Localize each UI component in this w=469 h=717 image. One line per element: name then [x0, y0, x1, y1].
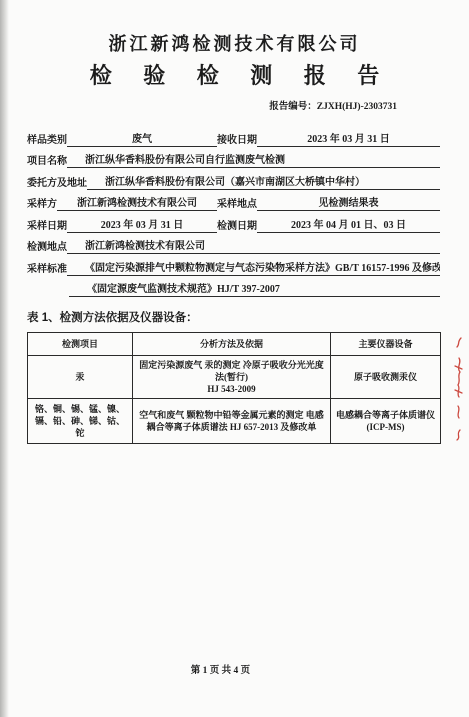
field-value: 浙江新鸿检测技术有限公司 — [67, 237, 440, 254]
field-label: 项目名称 — [27, 152, 67, 168]
field-value: 浙江纵华香料股份有限公司（嘉兴市南湖区大桥镇中华村） — [87, 173, 440, 190]
field-label: 委托方及地址 — [27, 174, 87, 190]
table-header-item: 检测项目 — [28, 333, 133, 356]
field-value: 《固定源废气监测技术规范》HJ/T 397-2007 — [69, 280, 440, 297]
field-row-test-location: 检测地点 浙江新鸿检测技术有限公司 — [27, 233, 440, 255]
methods-table: 检测项目 分析方法及依据 主要仪器设备 汞 固定污染源废气 汞的测定 冷原子吸收… — [27, 332, 441, 444]
field-label: 采样方 — [27, 195, 57, 211]
cell-instrument: 原子吸收测汞仪 — [331, 356, 441, 399]
field-value: 废气 — [67, 130, 217, 147]
field-row-sampling-date: 采样日期 2023 年 03 月 31 日 检测日期 2023 年 04 月 0… — [27, 211, 440, 233]
table-header-row: 检测项目 分析方法及依据 主要仪器设备 — [28, 333, 441, 356]
report-title: 检 验 检 测 报 告 — [0, 59, 469, 90]
table-row: 铬、铜、锡、锰、镍、镉、铅、砷、锑、钴、铊 空气和废气 颗粒物中铅等金属元素的测… — [28, 399, 441, 444]
cell-item: 汞 — [28, 356, 133, 399]
field-row-client-address: 委托方及地址 浙江纵华香料股份有限公司（嘉兴市南湖区大桥镇中华村） — [27, 168, 440, 190]
field-label: 采样地点 — [217, 195, 257, 211]
method-line-1: 固定污染源废气 汞的测定 冷原子吸收分光光度法(暂行) — [138, 359, 325, 383]
cell-item: 铬、铜、锡、锰、镍、镉、铅、砷、锑、钴、铊 — [28, 399, 133, 444]
scan-edge-shadow — [0, 0, 9, 717]
field-value: 2023 年 04 月 01 日、03 日 — [257, 216, 440, 233]
field-label: 采样标准 — [27, 260, 67, 276]
cell-method: 空气和废气 颗粒物中铅等金属元素的测定 电感耦合等离子体质谱法 HJ 657-2… — [133, 399, 331, 444]
field-row-sampler: 采样方 浙江新鸿检测技术有限公司 采样地点 见检测结果表 — [27, 190, 440, 212]
cell-method: 固定污染源废气 汞的测定 冷原子吸收分光光度法(暂行) HJ 543-2009 — [133, 356, 331, 399]
field-value: 2023 年 03 月 31 日 — [257, 130, 440, 147]
field-row-sampling-standard: 采样标准 《固定污染源排气中颗粒物测定与气态污染物采样方法》GB/T 16157… — [27, 254, 440, 276]
red-handwriting-mark — [451, 336, 465, 447]
table-header-method: 分析方法及依据 — [133, 333, 331, 356]
cell-instrument: 电感耦合等离子体质谱仪(ICP-MS) — [331, 399, 441, 444]
field-row-sampling-standard-2: 《固定源废气监测技术规范》HJ/T 397-2007 — [27, 276, 440, 298]
header-fields: 样品类别 废气 接收日期 2023 年 03 月 31 日 项目名称 浙江纵华香… — [27, 125, 440, 297]
field-label: 检测地点 — [27, 238, 67, 254]
field-value: 2023 年 03 月 31 日 — [67, 216, 217, 233]
table-row: 汞 固定污染源废气 汞的测定 冷原子吸收分光光度法(暂行) HJ 543-200… — [28, 356, 441, 399]
field-row-project-name: 项目名称 浙江纵华香料股份有限公司自行监测废气检测 — [27, 147, 440, 169]
field-label: 采样日期 — [27, 217, 67, 233]
page-footer: 第 1 页 共 4 页 — [0, 662, 455, 676]
company-name: 浙江新鸿检测技术有限公司 — [0, 30, 469, 56]
field-label: 检测日期 — [217, 217, 257, 233]
table-header-instrument: 主要仪器设备 — [331, 333, 441, 356]
field-label: 接收日期 — [217, 131, 257, 147]
report-number: ZJXH(HJ)-2303731 — [317, 102, 397, 112]
report-number-line: 报告编号：ZJXH(HJ)-2303731 — [0, 98, 469, 112]
field-row-sample-type: 样品类别 废气 接收日期 2023 年 03 月 31 日 — [27, 125, 440, 147]
field-value: 《固定污染源排气中颗粒物测定与气态污染物采样方法》GB/T 16157-1996… — [67, 259, 440, 276]
field-value: 浙江新鸿检测技术有限公司 — [57, 194, 217, 211]
table-caption: 表 1、检测方法依据及仪器设备： — [27, 309, 469, 325]
red-squiggle-icon — [451, 336, 465, 442]
field-value: 见检测结果表 — [257, 194, 440, 211]
field-value: 浙江纵华香料股份有限公司自行监测废气检测 — [67, 151, 440, 168]
method-line-2: HJ 543-2009 — [138, 383, 325, 395]
field-label: 样品类别 — [27, 131, 67, 147]
report-number-label: 报告编号： — [269, 102, 317, 112]
